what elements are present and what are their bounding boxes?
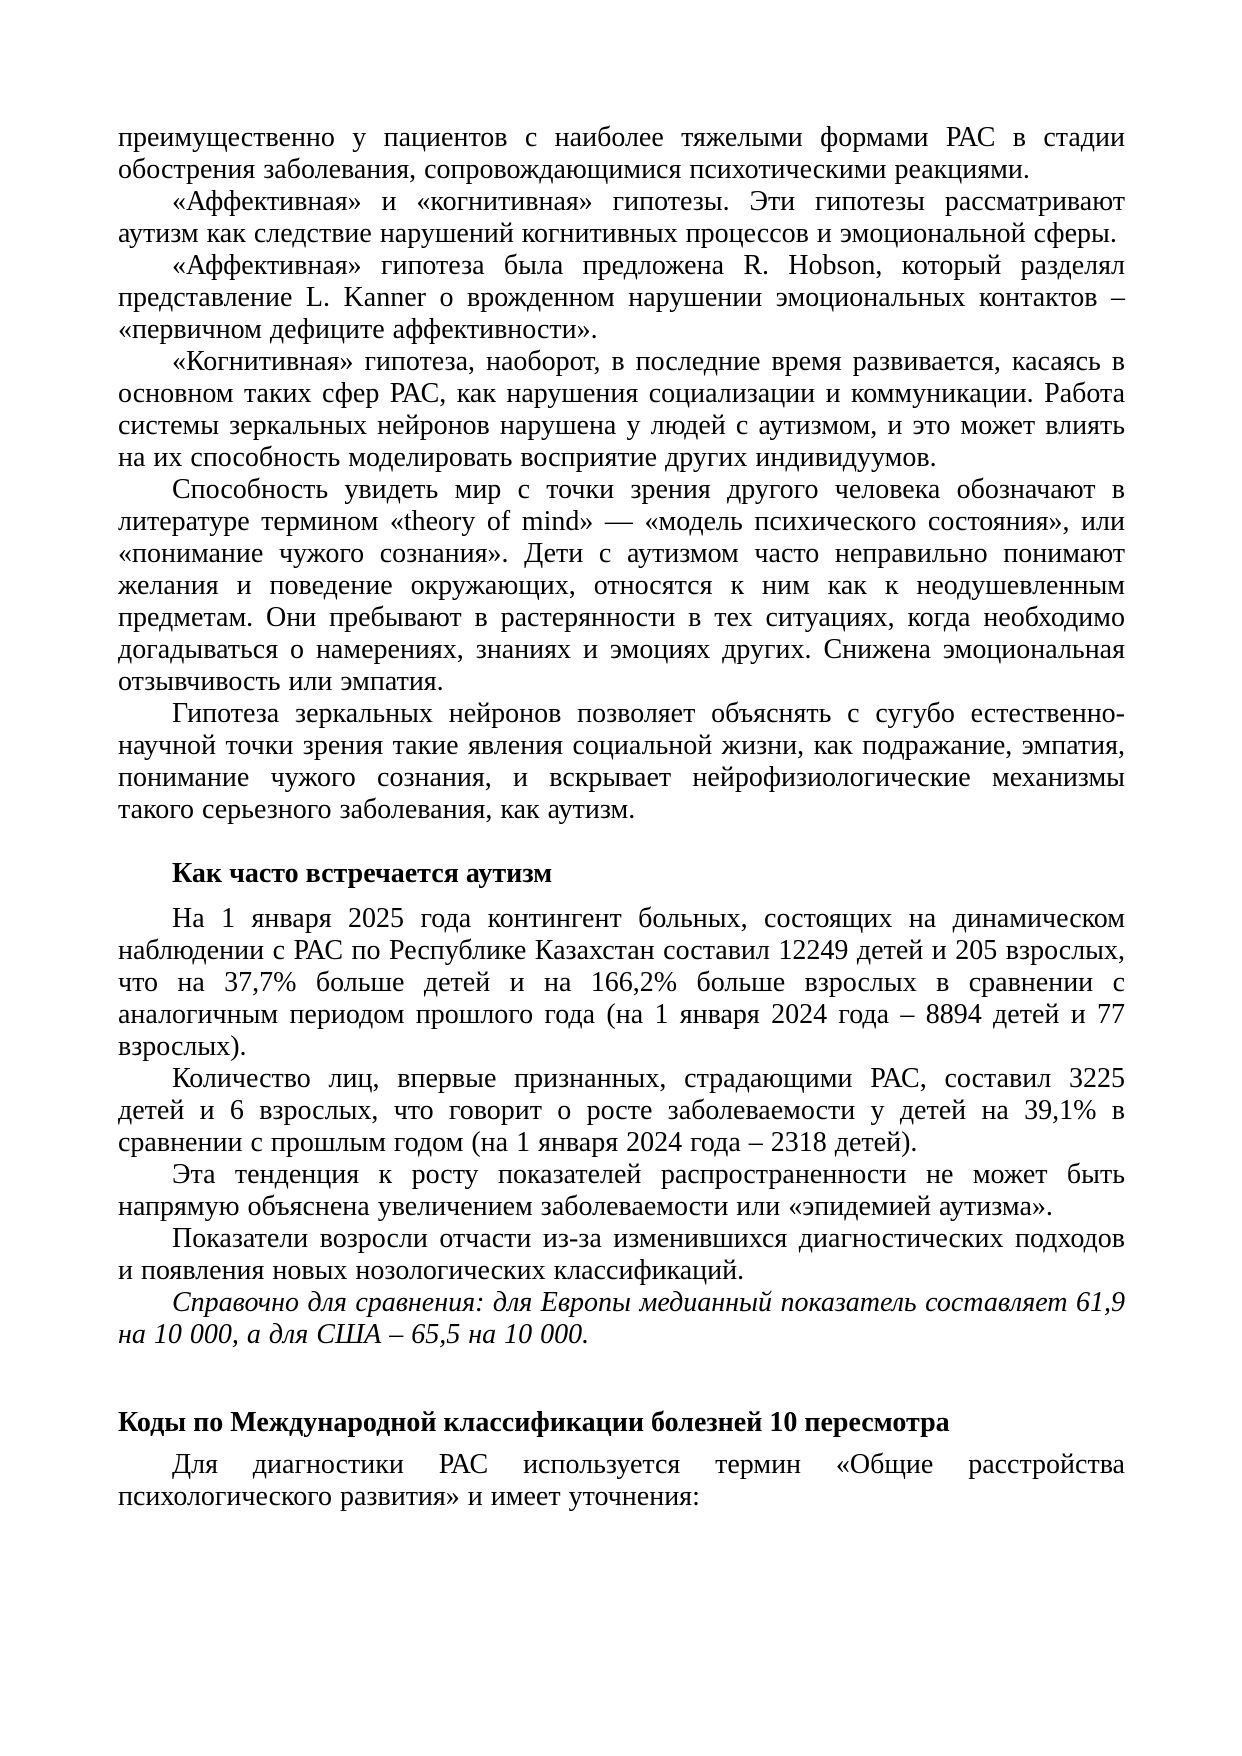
- paragraph-hypotheses-intro: «Аффективная» и «когнитивная» гипотезы. …: [118, 186, 1125, 250]
- paragraph-cognitive-hypothesis: «Когнитивная» гипотеза, наоборот, в посл…: [118, 346, 1125, 474]
- paragraph-mirror-neurons: Гипотеза зеркальных нейронов позволяет о…: [118, 698, 1125, 826]
- paragraph-trend: Эта тенденция к росту показателей распро…: [118, 1159, 1125, 1223]
- paragraph-affective-hypothesis: «Аффективная» гипотеза была предложена R…: [118, 250, 1125, 346]
- paragraph-icd-term: Для диагностики РАС используется термин …: [118, 1449, 1125, 1513]
- section-heading-icd10-codes: Коды по Международной классификации боле…: [118, 1407, 1125, 1439]
- paragraph-statistics-2025: На 1 января 2025 года контингент больных…: [118, 903, 1125, 1063]
- paragraph-continuation: преимущественно у пациентов с наиболее т…: [118, 122, 1125, 186]
- section-heading-autism-frequency: Как часто встречается аутизм: [118, 858, 1125, 890]
- paragraph-theory-of-mind: Способность увидеть мир с точки зрения д…: [118, 474, 1125, 698]
- paragraph-diagnostic-changes: Показатели возросли отчасти из-за измени…: [118, 1223, 1125, 1287]
- paragraph-reference-note: Справочно для сравнения: для Европы меди…: [118, 1287, 1125, 1351]
- paragraph-new-cases: Количество лиц, впервые признанных, стра…: [118, 1063, 1125, 1159]
- document-page: преимущественно у пациентов с наиболее т…: [0, 0, 1242, 1756]
